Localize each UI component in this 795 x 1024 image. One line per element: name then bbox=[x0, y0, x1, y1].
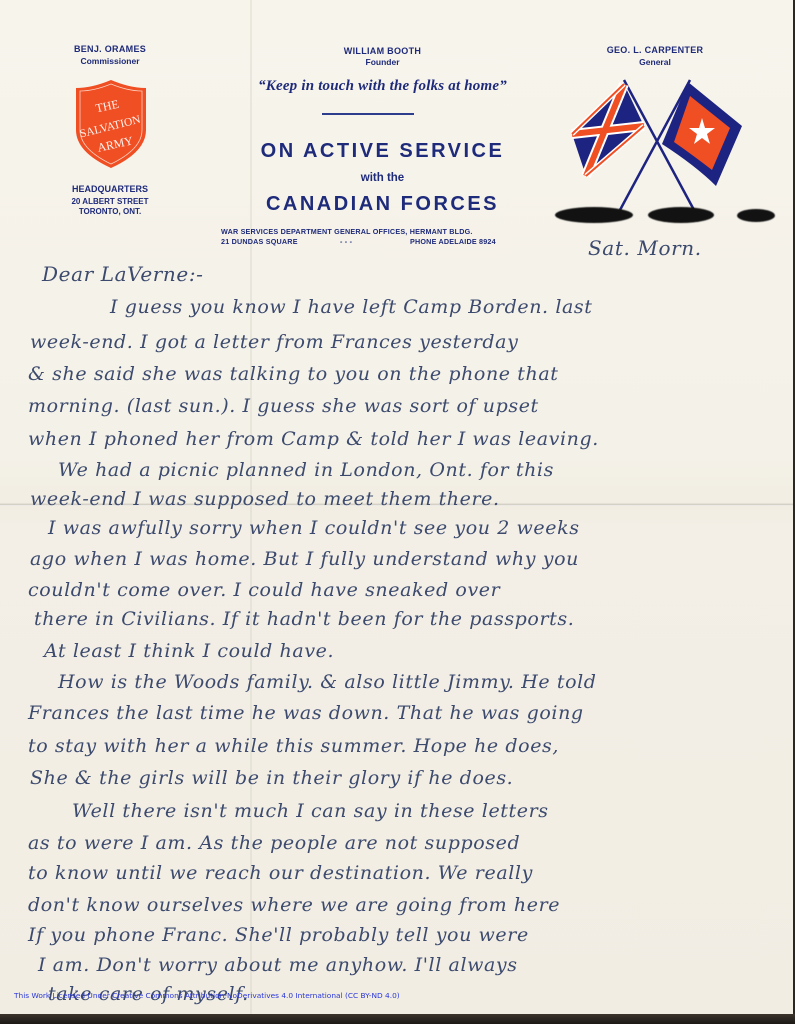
hq-address-street: 20 ALBERT STREET bbox=[40, 197, 180, 206]
founder-title: Founder bbox=[220, 57, 545, 67]
commissioner-title: Commissioner bbox=[40, 56, 180, 66]
redacted-text bbox=[555, 207, 633, 223]
heading-on-active-service: ON ACTIVE SERVICE bbox=[220, 140, 545, 163]
letter-line: & she said she was talking to you on the… bbox=[28, 363, 793, 385]
letter-line: If you phone Franc. She'll probably tell… bbox=[28, 924, 793, 946]
headquarters-label: HEADQUARTERS bbox=[40, 184, 180, 194]
dundas-square-address: 21 DUNDAS SQUARE bbox=[221, 237, 298, 246]
phone-number: PHONE ADELAIDE 8924 bbox=[410, 237, 496, 246]
letter-line: week-end. I got a letter from Frances ye… bbox=[30, 331, 793, 353]
redacted-text bbox=[648, 207, 714, 223]
war-services-address: WAR SERVICES DEPARTMENT GENERAL OFFICES,… bbox=[221, 227, 551, 236]
letter-line: when I phoned her from Camp & told her I… bbox=[28, 428, 793, 450]
letter-line: to stay with her a while this summer. Ho… bbox=[28, 735, 793, 757]
letter-line: I am. Don't worry about me anyhow. I'll … bbox=[38, 954, 793, 976]
dateline: Sat. Morn. bbox=[588, 236, 702, 260]
heading-canadian-forces: CANADIAN FORCES bbox=[220, 193, 545, 216]
slogan: “Keep in touch with the folks at home” bbox=[220, 78, 545, 95]
letter-line: morning. (last sun.). I guess she was so… bbox=[28, 395, 793, 417]
slogan-divider bbox=[322, 113, 414, 115]
letter-line: ago when I was home. But I fully underst… bbox=[30, 548, 793, 570]
letter-page: BENJ. ORAMES Commissioner THE SALVATION … bbox=[0, 0, 793, 1014]
redacted-text bbox=[737, 209, 775, 222]
letter-line: don't know ourselves where we are going … bbox=[28, 894, 793, 916]
letter-line: She & the girls will be in their glory i… bbox=[30, 767, 793, 789]
letter-line: I guess you know I have left Camp Borden… bbox=[110, 296, 793, 318]
heading-with-the: with the bbox=[220, 172, 545, 184]
salutation: Dear LaVerne:- bbox=[42, 262, 204, 286]
letter-line: to know until we reach our destination. … bbox=[28, 862, 793, 884]
license-notice: This Work Licensed Under Creative Common… bbox=[14, 991, 400, 1000]
salvation-army-shield-icon: THE SALVATION ARMY bbox=[72, 78, 150, 170]
general-title: General bbox=[585, 57, 725, 67]
founder-name: WILLIAM BOOTH bbox=[220, 46, 545, 56]
letter-line: I was awfully sorry when I couldn't see … bbox=[48, 517, 793, 539]
crossed-flags-icon bbox=[566, 76, 746, 226]
letter-line: week-end I was supposed to meet them the… bbox=[30, 488, 793, 510]
letter-line: Well there isn't much I can say in these… bbox=[72, 800, 793, 822]
hq-address-city: TORONTO, ONT. bbox=[40, 207, 180, 216]
address-separator: - - - bbox=[340, 237, 352, 246]
commissioner-name: BENJ. ORAMES bbox=[40, 44, 180, 54]
letter-line: How is the Woods family. & also little J… bbox=[58, 671, 793, 693]
letter-line: At least I think I could have. bbox=[44, 640, 793, 662]
letter-line: We had a picnic planned in London, Ont. … bbox=[58, 459, 793, 481]
letter-line: Frances the last time he was down. That … bbox=[28, 702, 793, 724]
letter-line: there in Civilians. If it hadn't been fo… bbox=[34, 608, 793, 630]
letter-line: as to were I am. As the people are not s… bbox=[28, 832, 793, 854]
scan-edge-bottom bbox=[0, 1014, 795, 1024]
letter-line: couldn't come over. I could have sneaked… bbox=[28, 579, 793, 601]
general-name: GEO. L. CARPENTER bbox=[585, 45, 725, 55]
